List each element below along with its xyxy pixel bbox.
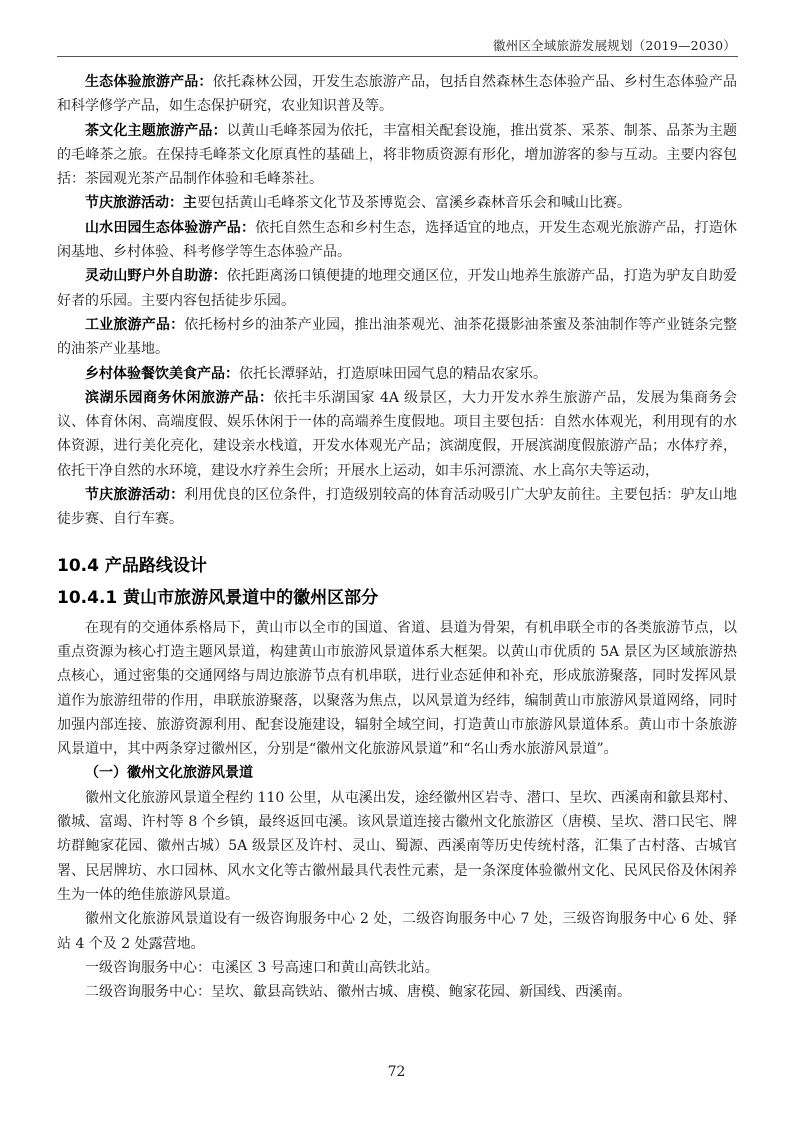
product-label: 生态体验旅游产品： [85, 74, 213, 90]
product-paragraph: 节庆旅游活动：利用优良的区位条件，打造级别较高的体育活动吸引广大驴友前往。主要包… [57, 483, 737, 532]
product-label: 山水田园生态体验游产品： [85, 220, 255, 236]
product-paragraph: 山水田园生态体验游产品：依托自然生态和乡村生态，选择适宜的地点，开发生态观光旅游… [57, 216, 737, 265]
product-paragraph: 茶文化主题旅游产品：以黄山毛峰茶园为依托，丰富相关配套设施，推出赏茶、采茶、制茶… [57, 119, 737, 192]
product-paragraph: 生态体验旅游产品：依托森林公园，开发生态旅游产品，包括自然森林生态体验产品、乡村… [57, 70, 737, 119]
route-heading: （一）徽州文化旅游风景道 [85, 761, 737, 785]
product-label: 节庆旅游活动：主 [85, 195, 197, 211]
section-heading: 10.4 产品路线设计 [57, 554, 737, 578]
product-paragraph: 灵动山野户外自助游：依托距离汤口镇便捷的地理交通区位，开发山地养生旅游产品，打造… [57, 264, 737, 313]
page-content: 生态体验旅游产品：依托森林公园，开发生态旅游产品，包括自然森林生态体验产品、乡村… [57, 70, 737, 1004]
product-label: 工业旅游产品： [85, 317, 184, 333]
product-paragraph: 滨湖乐园商务休闲旅游产品：依托丰乐湖国家 4A 级景区，大力开发水养生旅游产品，… [57, 386, 737, 483]
level1-centers: 一级咨询服务中心：屯溪区 3 号高速口和黄山高铁北站。 [57, 956, 737, 980]
product-paragraph: 节庆旅游活动：主要包括黄山毛峰茶文化节及茶博览会、富溪乡森林音乐会和喊山比赛。 [57, 191, 737, 215]
page-number: 72 [0, 1064, 793, 1080]
level2-centers: 二级咨询服务中心：呈坎、歙县高铁站、徽州古城、唐模、鲍家花园、新国线、西溪南。 [57, 980, 737, 1004]
product-label: 乡村体验餐饮美食产品： [85, 366, 239, 382]
product-text: 要包括黄山毛峰茶文化节及茶博览会、富溪乡森林音乐会和喊山比赛。 [197, 195, 631, 211]
facilities-paragraph: 徽州文化旅游风景道设有一级咨询服务中心 2 处，二级咨询服务中心 7 处，三级咨… [57, 907, 737, 956]
product-paragraph: 工业旅游产品：依托杨村乡的油茶产业园，推出油茶观光、油茶花摄影油茶蜜及茶油制作等… [57, 313, 737, 362]
subsection-heading: 10.4.1 黄山市旅游风景道中的徽州区部分 [57, 586, 737, 610]
document-title: 徽州区全域旅游发展规划（2019—2030） [493, 36, 736, 54]
product-label: 灵动山野户外自助游： [85, 268, 227, 284]
page-header: 徽州区全域旅游发展规划（2019—2030） [57, 34, 738, 57]
product-label: 节庆旅游活动： [85, 487, 184, 503]
product-text: 依托长潭驿站，打造原味田园气息的精品农家乐。 [239, 366, 547, 382]
product-label: 茶文化主题旅游产品： [85, 123, 227, 139]
route-description: 徽州文化旅游风景道全程约 110 公里，从屯溪出发，途经徽州区岩寺、潜口、呈坎、… [57, 786, 737, 907]
product-label: 滨湖乐园商务休闲旅游产品： [85, 390, 274, 406]
product-paragraph: 乡村体验餐饮美食产品：依托长潭驿站，打造原味田园气息的精品农家乐。 [57, 362, 737, 386]
intro-paragraph: 在现有的交通体系格局下，黄山市以全市的国道、省道、县道为骨架，有机串联全市的各类… [57, 616, 737, 762]
